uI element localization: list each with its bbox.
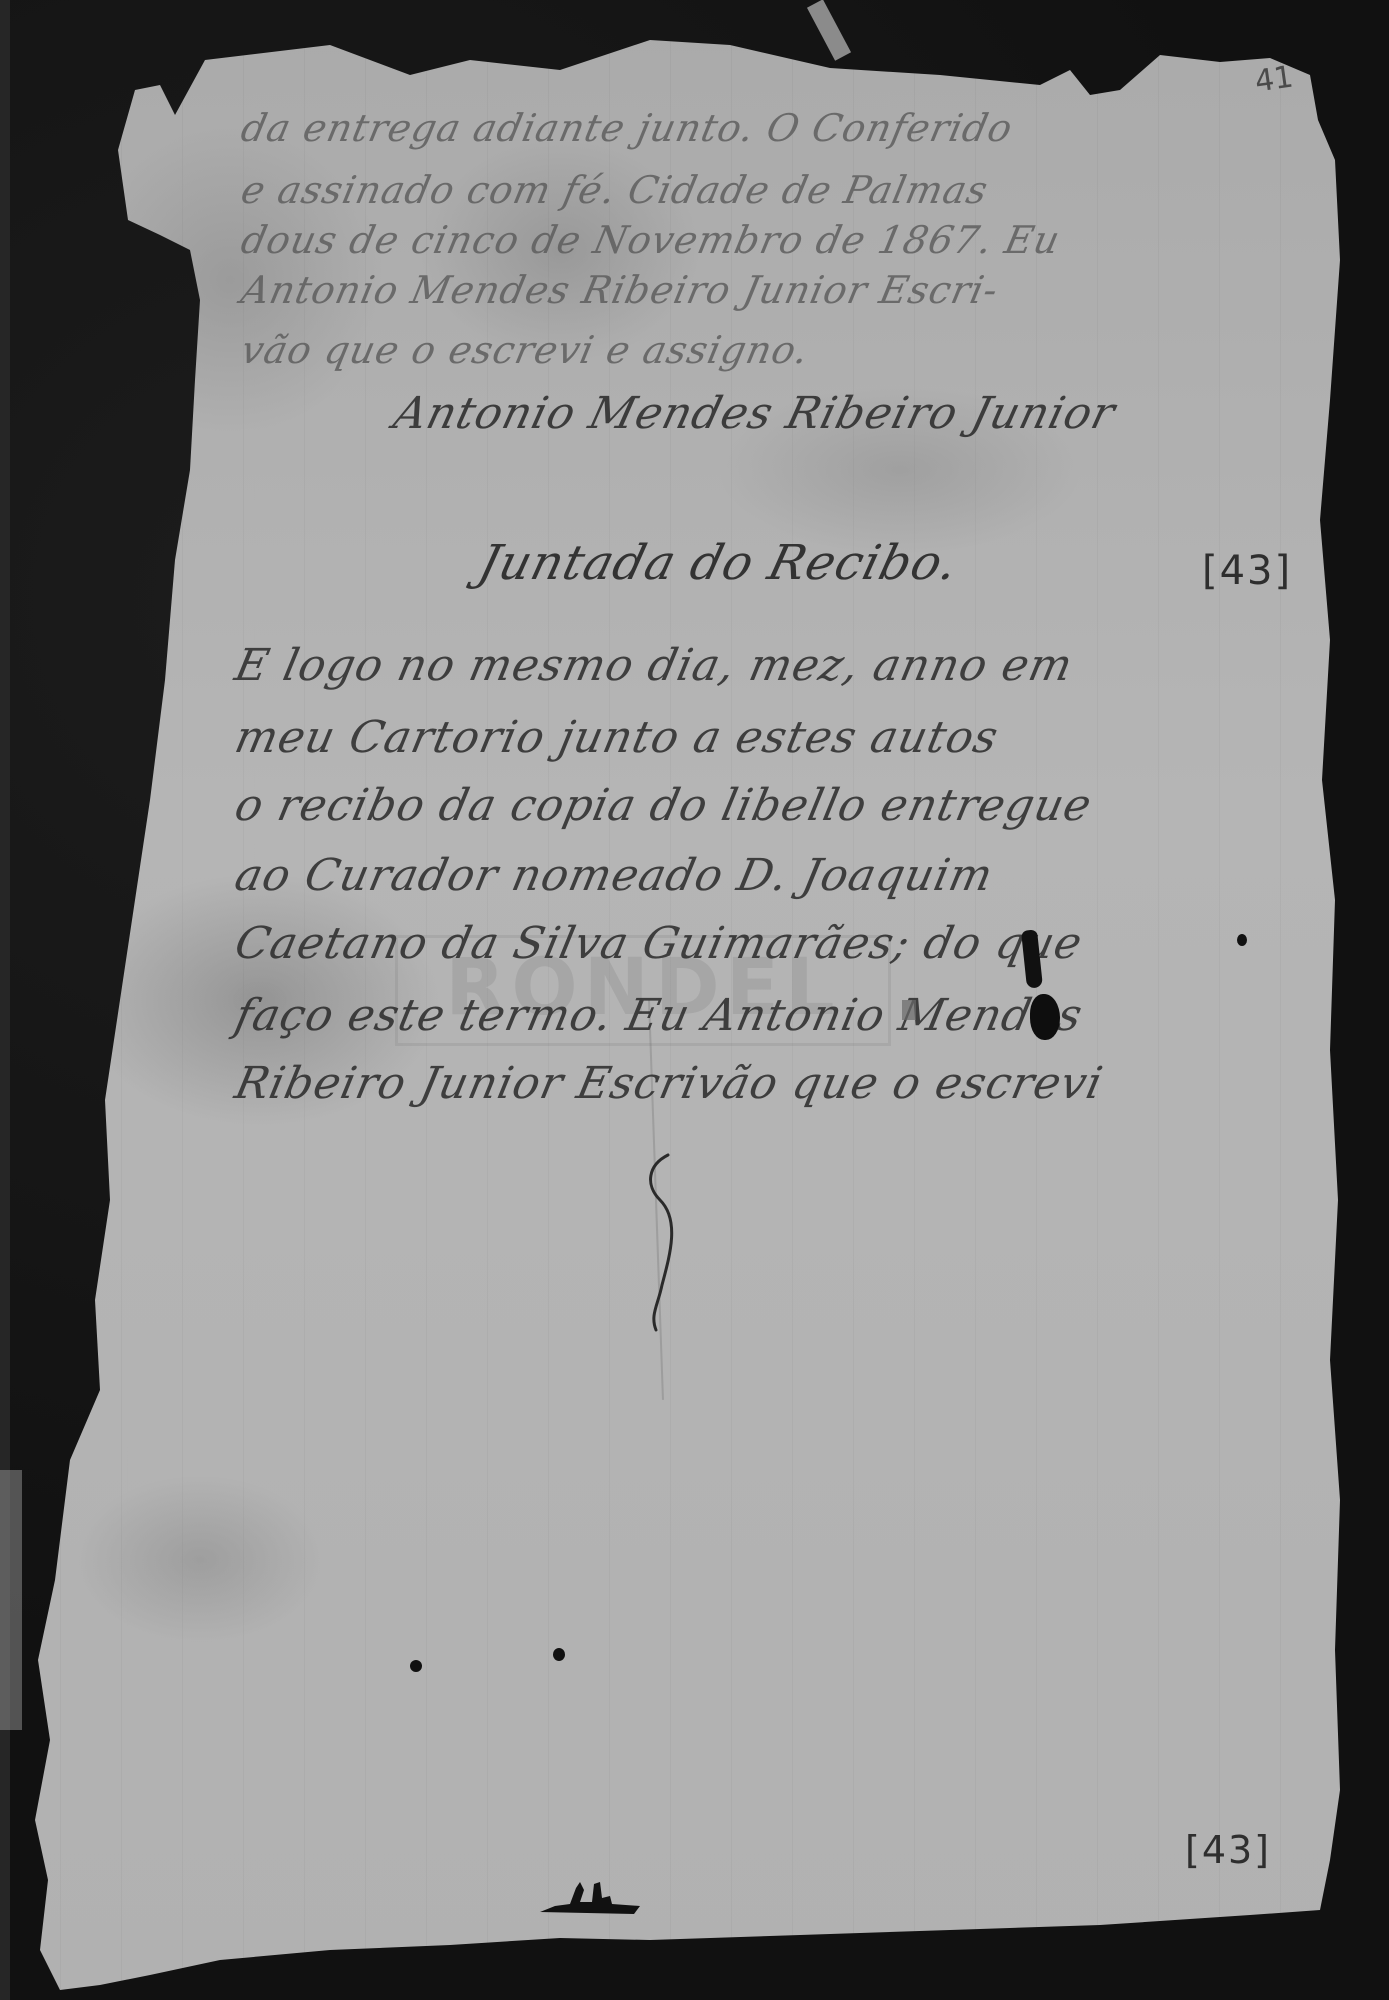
body-text-line-3: o recibo da copia do libello entregue — [231, 780, 1097, 831]
ink-dot — [410, 1660, 422, 1672]
section-heading: Juntada do Recibo. — [473, 535, 964, 591]
folio-number: 41 — [1253, 60, 1296, 100]
body-text-line-6: faço este termo. Eu Antonio Mendes — [231, 990, 1088, 1041]
ink-dot — [1237, 934, 1247, 946]
upper-text-line-5: vão que o escrevi e assigno. — [237, 328, 813, 372]
body-text-line-4: ao Curador nomeado D. Joaquim — [231, 850, 998, 901]
scrivener-signature: Antonio Mendes Ribeiro Junior — [389, 388, 1121, 439]
upper-text-line-4: Antonio Mendes Ribeiro Junior Escri- — [237, 268, 1002, 312]
archive-number-bottom: [43] — [1185, 1828, 1271, 1872]
upper-text-line-1: da entrega adiante junto. O Conferido — [237, 106, 1017, 150]
ink-dot — [553, 1648, 565, 1661]
archive-number-top: [43] — [1202, 548, 1292, 594]
upper-text-line-2: e assinado com fé. Cidade de Palmas — [237, 168, 992, 212]
body-text-line-7: Ribeiro Junior Escrivão que o escrevi — [231, 1058, 1108, 1109]
body-text-line-1: E logo no mesmo dia, mez, anno em — [231, 640, 1078, 691]
adjacent-page-edge — [0, 1470, 22, 1730]
ink-blot — [1030, 994, 1060, 1040]
stain — [902, 1000, 916, 1020]
body-text-line-2: meu Cartorio junto a estes autos — [231, 712, 1004, 763]
upper-text-line-3: dous de cinco de Novembro de 1867. Eu — [237, 218, 1064, 262]
body-text-line-5: Caetano da Silva Guimarães; do que — [231, 918, 1088, 969]
torn-edge-silhouette-icon — [530, 1880, 650, 1920]
closing-flourish-icon — [640, 1145, 700, 1345]
